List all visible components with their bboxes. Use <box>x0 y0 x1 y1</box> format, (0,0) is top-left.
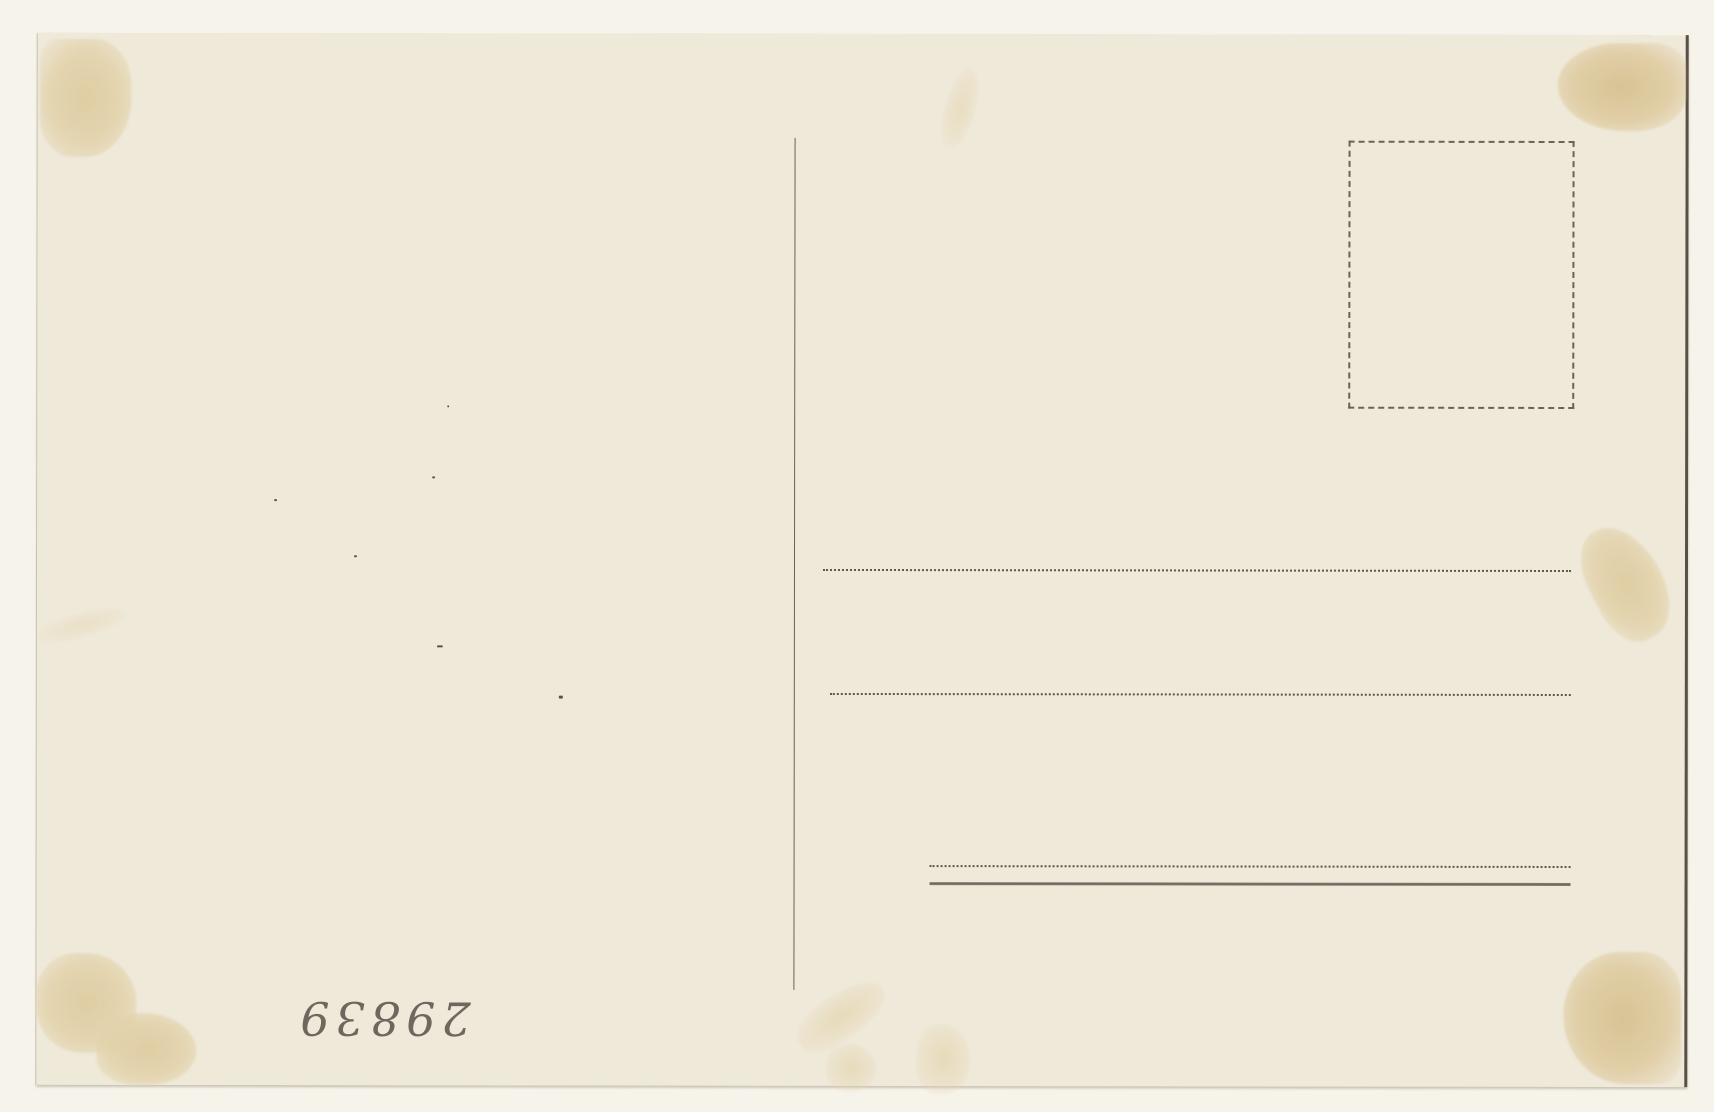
tape-stain-top-left <box>40 39 132 157</box>
tape-stain-bottom-left-2 <box>96 1013 196 1085</box>
tape-stain-top-right <box>1558 43 1686 131</box>
speck <box>354 555 357 557</box>
stamp-placeholder-box <box>1348 141 1574 409</box>
handwritten-inventory-number: 29839 <box>294 991 470 1045</box>
tape-stain-left-middle <box>35 602 128 648</box>
tape-stain-bottom-center-3 <box>916 1024 970 1094</box>
address-line-2 <box>830 693 1571 696</box>
speck <box>559 696 563 699</box>
center-divider-line <box>793 138 795 990</box>
speck <box>432 476 435 478</box>
address-line-1 <box>823 569 1571 572</box>
tape-stain-bottom-center-2 <box>826 1044 876 1092</box>
speck <box>447 405 449 407</box>
postcard-back: 29839 <box>36 33 1688 1087</box>
address-line-3-dotted <box>930 865 1571 868</box>
tape-stain-right-middle <box>1566 513 1686 653</box>
speck <box>437 645 443 647</box>
address-line-3-solid <box>930 882 1571 886</box>
tape-stain-top-center <box>936 66 986 151</box>
tape-stain-bottom-right <box>1563 952 1681 1084</box>
speck <box>274 499 277 501</box>
